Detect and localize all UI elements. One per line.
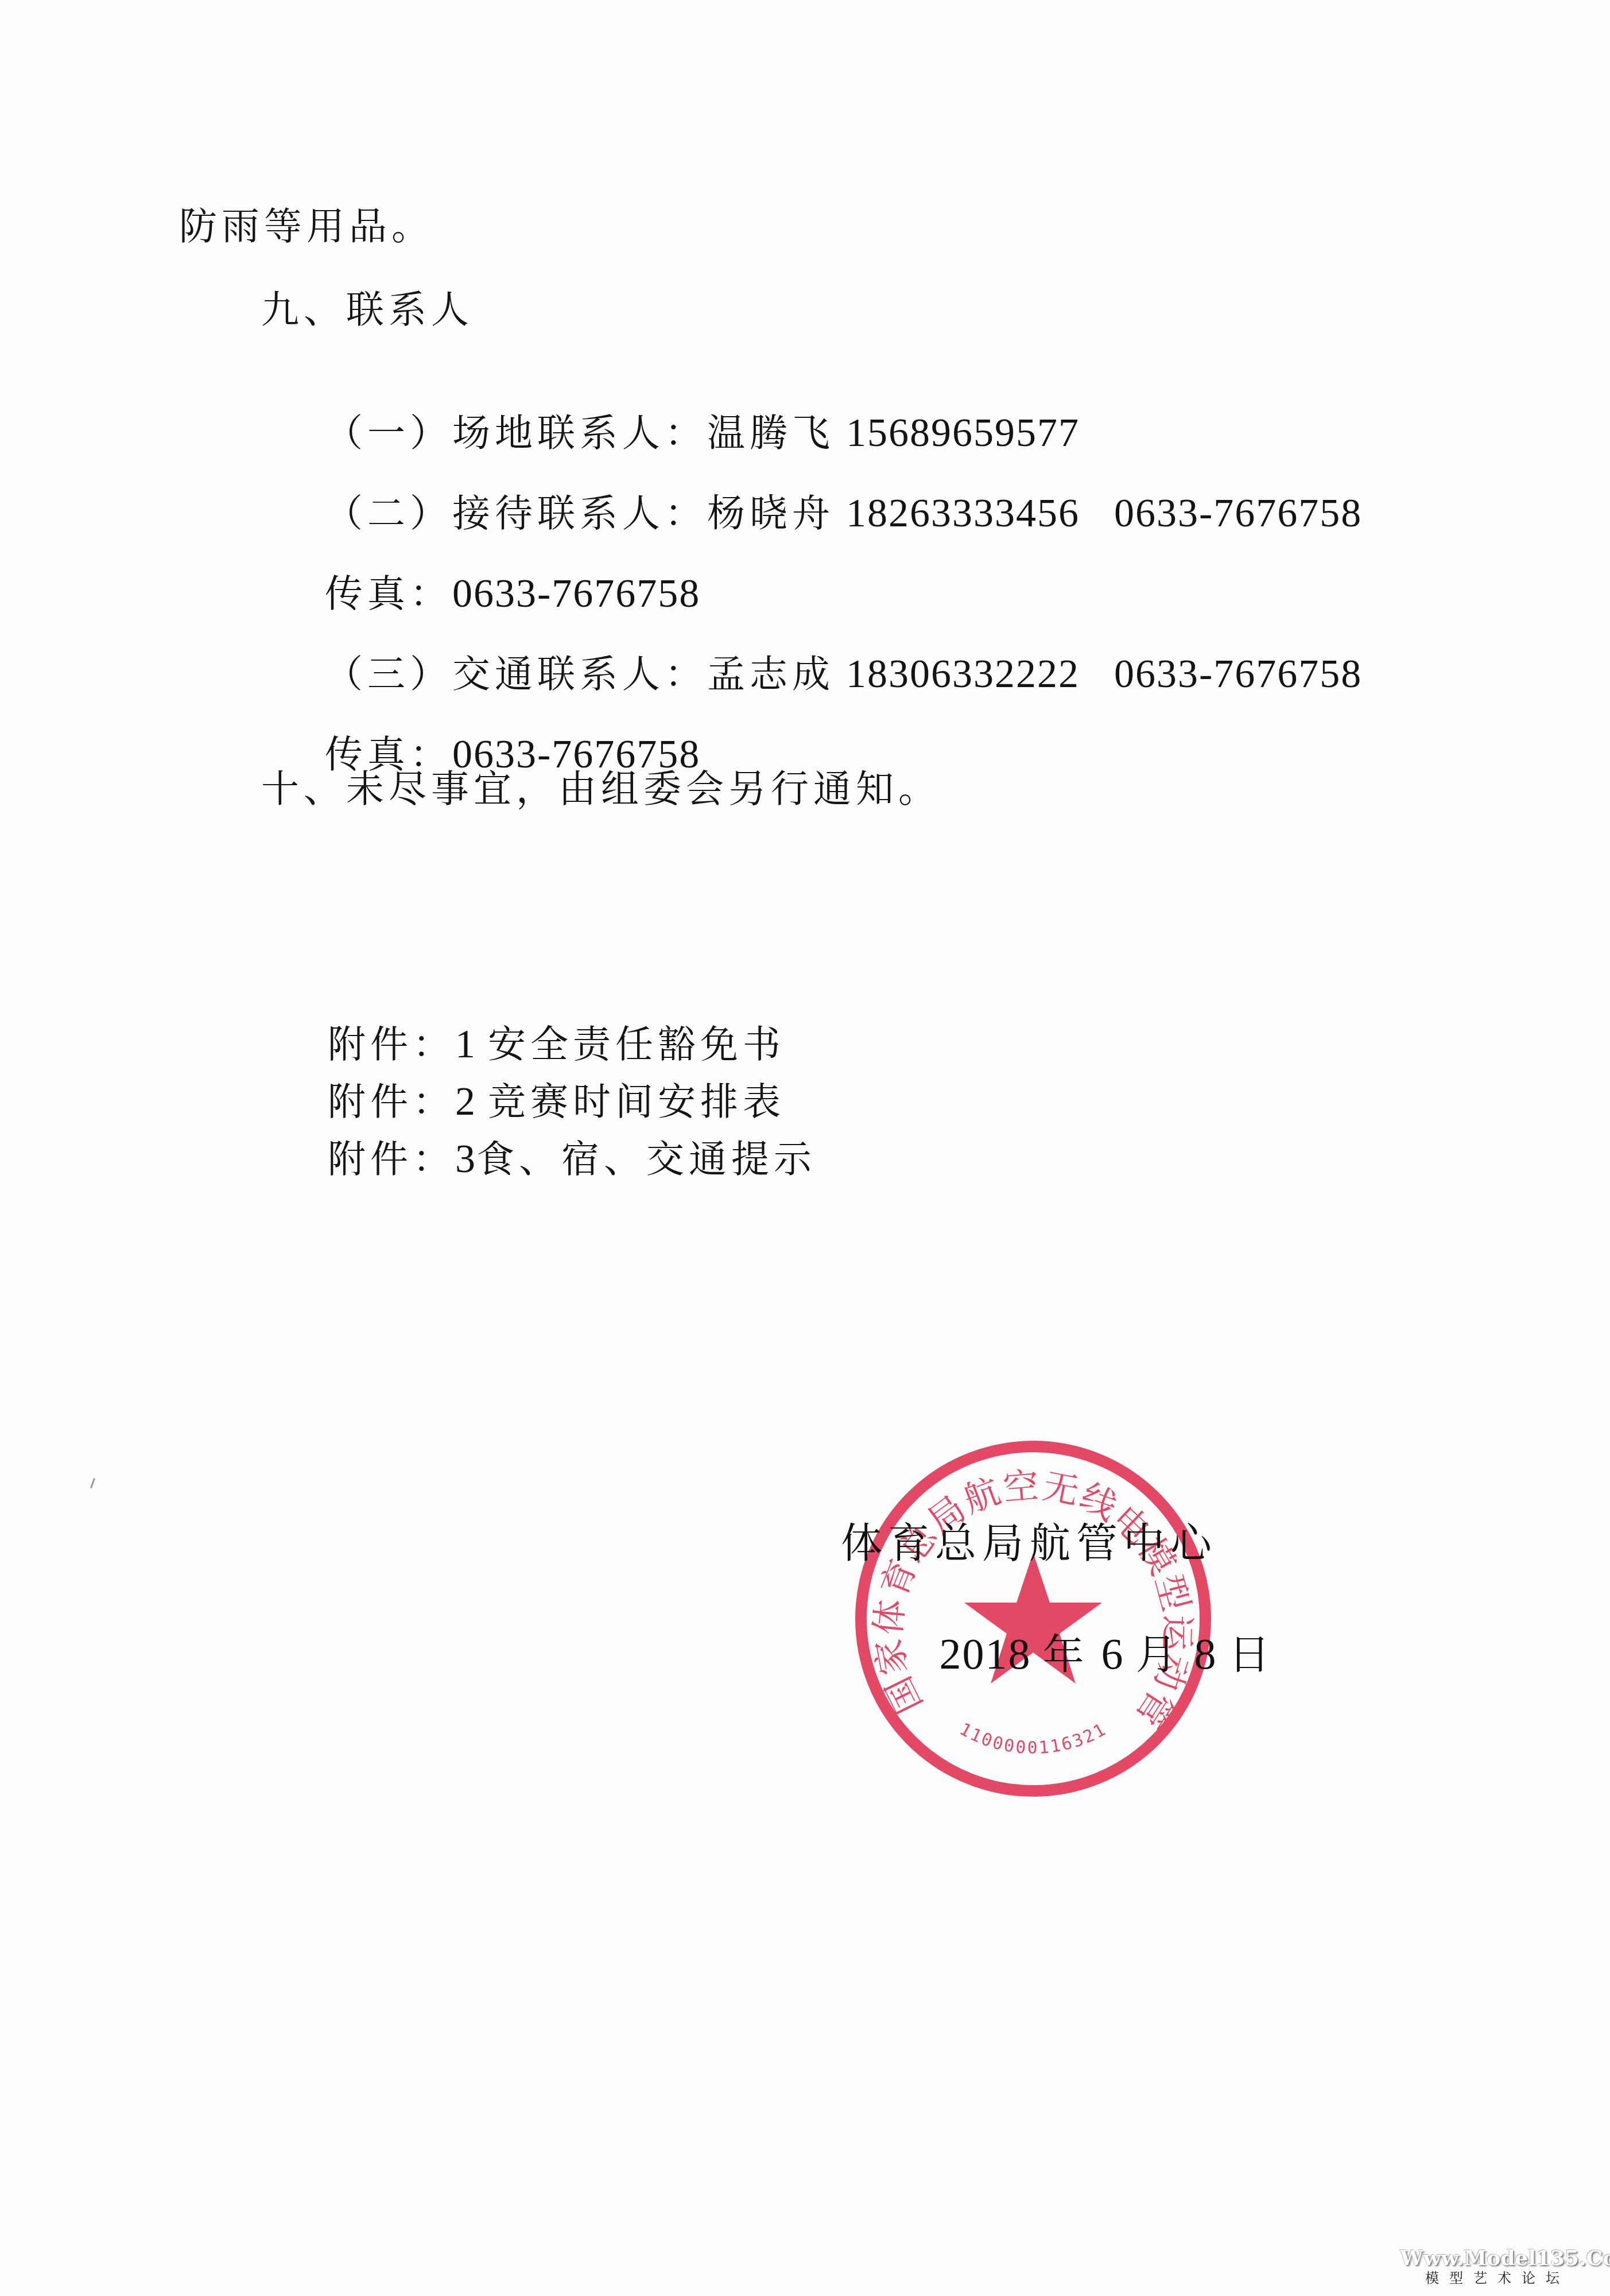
- scan-artifact: [90, 1478, 95, 1488]
- contact-reception-mobile: 18263333456: [846, 491, 1080, 536]
- document-page: 防雨等用品。 九、联系人 （一）场地联系人：温腾飞15689659577 （二）…: [0, 0, 1610, 2296]
- contact-transport-name: 孟志成: [707, 652, 835, 696]
- section-ten-text: 十、未尽事宜，由组委会另行通知。: [261, 766, 941, 812]
- date-year: 2018: [940, 1630, 1031, 1678]
- watermark-url: Www.Model135.Com: [1400, 2247, 1595, 2270]
- attachment-label: 附件：: [328, 1137, 455, 1181]
- date-month: 6: [1101, 1630, 1124, 1678]
- contact-reception-name: 杨晓舟: [707, 491, 835, 536]
- attachment-item: 附件：3食、宿、交通提示: [261, 1091, 816, 1228]
- contact-reception-phone: 0633-7676758: [1114, 491, 1362, 536]
- stamp-serial-text: 1100000116321: [956, 1719, 1111, 1758]
- continued-paragraph-text: 防雨等用品。: [179, 204, 434, 250]
- watermark-site-name: 模型艺术论坛: [1400, 2270, 1595, 2287]
- contact-transport-phone: 0633-7676758: [1114, 652, 1362, 696]
- attachment-number: 3: [455, 1137, 476, 1181]
- date-month-unit: 月: [1136, 1630, 1183, 1678]
- site-watermark: Www.Model135.Com 模型艺术论坛: [1400, 2247, 1595, 2287]
- signing-organization: 体育总局航管中心: [841, 1520, 1217, 1566]
- signing-date: 2018年6月8日: [864, 1585, 1276, 1723]
- section-nine-heading: 九、联系人: [261, 287, 474, 333]
- date-day-unit: 日: [1229, 1630, 1276, 1678]
- contact-transport-mobile: 18306332222: [846, 652, 1080, 696]
- date-year-unit: 年: [1043, 1630, 1090, 1678]
- attachment-title: 食、宿、交通提示: [476, 1137, 816, 1181]
- date-day: 8: [1194, 1630, 1217, 1678]
